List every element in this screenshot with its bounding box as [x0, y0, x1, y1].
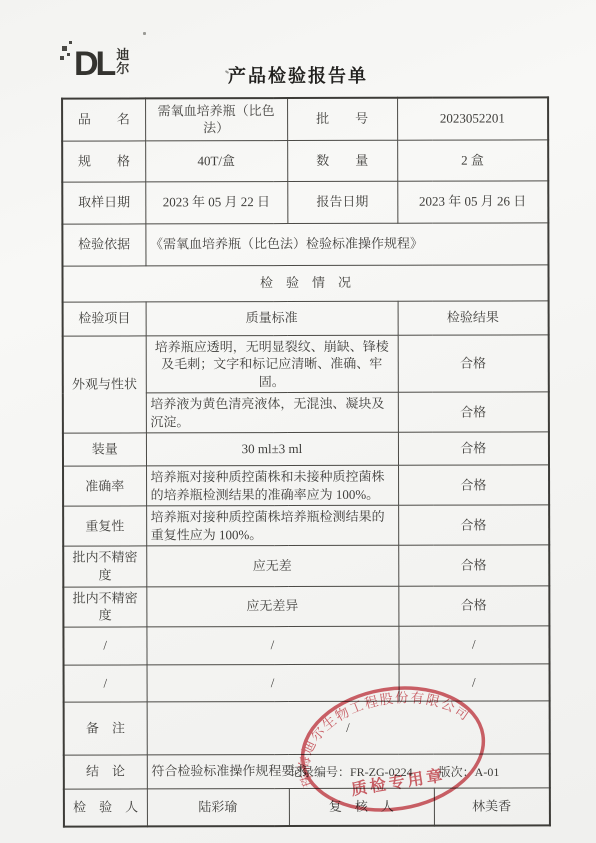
repeat-item: 重复性 [63, 506, 146, 546]
table-row: 批内不精密度 应无差 合格 [63, 545, 549, 586]
quantity-label: 数 量 [287, 140, 397, 181]
blank-result: / [399, 663, 550, 700]
reviewer-name: 林美香 [434, 787, 550, 825]
volume-result: 合格 [398, 432, 549, 465]
sampling-date-value: 2023 年 05 月 22 日 [145, 181, 287, 223]
table-row: 重复性 培养瓶对接种质控菌株培养瓶检测结果的重复性应为 100%。 合格 [63, 505, 549, 546]
table-row: 批内不精密度 应无差异 合格 [63, 585, 549, 626]
inspector-label: 检 验 人 [64, 789, 147, 827]
accuracy-standard: 培养瓶对接种质控菌株和未接种质控菌株的培养瓶检测结果的准确率应为 100%。 [146, 465, 398, 506]
table-row: 备 注 / [64, 700, 550, 754]
logo-pixel-dot [62, 46, 67, 51]
remark-value: / [147, 700, 550, 754]
accuracy-result: 合格 [398, 465, 549, 505]
table-row: 规 格 40T/盒 数 量 2 盒 [62, 139, 548, 181]
precision2-standard: 应无差异 [146, 586, 398, 627]
table-row: / / / [64, 663, 550, 701]
repeat-result: 合格 [398, 505, 549, 545]
record-number: 记录编号：FR-ZG-0224 [290, 763, 413, 780]
appearance-standard-1: 培养瓶应透明，无明显裂纹、崩缺、锋棱及毛刺；文字和标记应清晰、准确、牢固。 [146, 335, 398, 393]
version-number: 版次：A-01 [439, 763, 500, 780]
volume-standard: 30 ml±3 ml [146, 432, 398, 466]
inspection-report-table: 品 名 需氧血培养瓶（比色法） 批 号 2023052201 规 格 40T/盒… [61, 96, 551, 827]
spec-value: 40T/盒 [145, 140, 287, 181]
blank-standard: / [147, 664, 399, 702]
reviewer-label: 复 核 人 [289, 788, 434, 826]
col-header-standard: 质量标准 [146, 301, 398, 336]
precision2-item: 批内不精密度 [63, 586, 146, 626]
blank-item: / [63, 627, 146, 665]
table-row: 检 验 情 况 [62, 264, 548, 301]
quantity-value: 2 盒 [397, 139, 548, 180]
scan-artifact [143, 32, 146, 35]
spec-label: 规 格 [62, 140, 145, 181]
section-title: 检 验 情 况 [62, 264, 548, 301]
table-row: / / / [63, 625, 549, 664]
precision2-result: 合格 [398, 585, 549, 625]
remark-label: 备 注 [64, 702, 147, 755]
appearance-result-1: 合格 [398, 334, 549, 392]
repeat-standard: 培养瓶对接种质控菌株培养瓶检测结果的重复性应为 100%。 [146, 506, 398, 547]
scanned-report-page: DL 迪 尔 产品检验报告单 品 名 需氧血培养瓶（比色法） 批 号 20230… [0, 0, 596, 843]
appearance-result-2: 合格 [398, 392, 549, 432]
accuracy-item: 准确率 [63, 466, 146, 506]
document-footer: 记录编号：FR-ZG-0224 版次：A-01 [290, 763, 560, 780]
table-row: 装量 30 ml±3 ml 合格 [63, 432, 549, 466]
col-header-item: 检验项目 [63, 301, 146, 335]
precision1-standard: 应无差 [146, 546, 398, 587]
blank-item: / [64, 665, 147, 702]
conclusion-label: 结 论 [64, 755, 147, 789]
batch-no-value: 2023052201 [397, 97, 548, 139]
basis-value: 《需氧血培养瓶（比色法）检验标准操作规程》 [145, 222, 548, 265]
appearance-standard-2: 培养液为黄色清亮液体，无混浊、凝块及沉淀。 [146, 392, 398, 433]
logo-pixel-dot [67, 53, 70, 56]
appearance-item: 外观与性状 [63, 335, 146, 433]
blank-result: / [398, 625, 549, 663]
col-header-result: 检验结果 [398, 300, 549, 334]
table-row: 外观与性状 培养瓶应透明，无明显裂纹、崩缺、锋棱及毛刺；文字和标记应清晰、准确、… [63, 334, 549, 393]
logo-pixel-dot [69, 41, 72, 44]
inspector-name: 陆彩瑜 [147, 788, 289, 826]
table-row: 检 验 人 陆彩瑜 复 核 人 林美香 [64, 787, 550, 826]
table-row: 检验项目 质量标准 检验结果 [63, 300, 549, 335]
batch-no-label: 批 号 [287, 98, 397, 140]
precision1-item: 批内不精密度 [63, 546, 146, 586]
report-date-label: 报告日期 [287, 181, 397, 223]
page-title: 产品检验报告单 [0, 62, 596, 88]
product-name-label: 品 名 [62, 98, 145, 140]
table-row: 检验依据 《需氧血培养瓶（比色法）检验标准操作规程》 [62, 222, 548, 265]
product-name-value: 需氧血培养瓶（比色法） [145, 98, 287, 140]
table-row: 准确率 培养瓶对接种质控菌株和未接种质控菌株的培养瓶检测结果的准确率应为 100… [63, 465, 549, 506]
basis-label: 检验依据 [62, 223, 145, 265]
report-date-value: 2023 年 05 月 26 日 [397, 180, 548, 222]
volume-item: 装量 [63, 433, 146, 466]
sampling-date-label: 取样日期 [62, 181, 145, 223]
table-row: 品 名 需氧血培养瓶（比色法） 批 号 2023052201 [62, 97, 548, 140]
logo-pixel-dot [60, 56, 64, 60]
table-row: 取样日期 2023 年 05 月 22 日 报告日期 2023 年 05 月 2… [62, 180, 548, 223]
precision1-result: 合格 [398, 545, 549, 585]
blank-standard: / [146, 626, 398, 665]
